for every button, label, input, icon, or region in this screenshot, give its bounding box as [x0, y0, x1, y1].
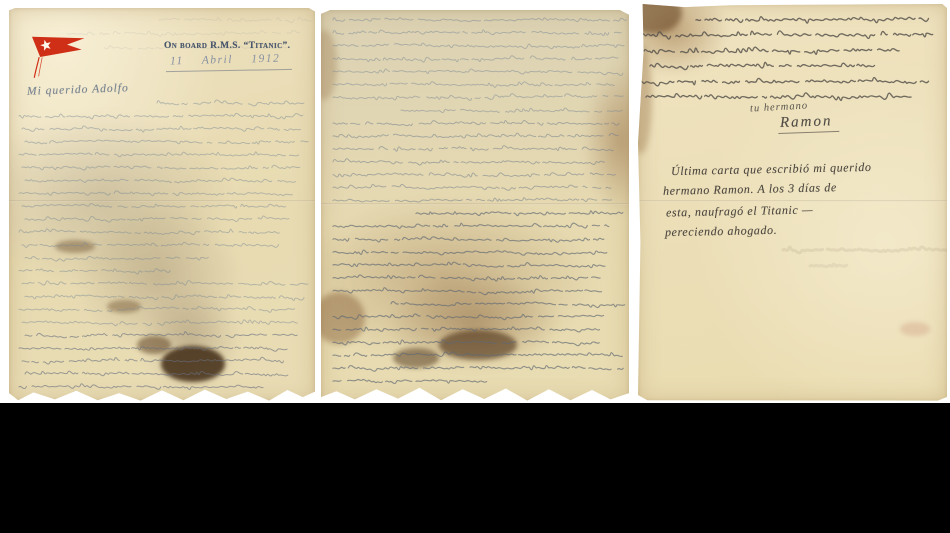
water-stain [74, 203, 244, 353]
salutation-text: Mi querido Adolfo [27, 82, 129, 98]
edge-stain [638, 44, 652, 154]
handwritten-date: 11 Abril 1912 [170, 53, 281, 68]
closing-text: tu hermano [750, 100, 809, 114]
letter-page-1: On board R.M.S. “Titanic”. 11 Abril 1912… [9, 8, 315, 401]
stain-rim [107, 300, 141, 313]
smudge [900, 322, 930, 336]
photo-frame: On board R.M.S. “Titanic”. 11 Abril 1912… [0, 0, 950, 533]
letterbox-bar [0, 403, 950, 533]
water-stain [9, 108, 234, 288]
fold-crease [9, 200, 315, 202]
water-stain [386, 272, 561, 372]
fold-crease [321, 203, 629, 205]
memorial-note-line: hermano Ramon. A los 3 días de [663, 180, 837, 199]
date-underline [166, 69, 292, 72]
letter-page-3: tu hermano Ramon Última carta que escrib… [638, 4, 947, 401]
page-1-handwriting [9, 8, 315, 401]
edge-stain [583, 65, 629, 215]
edge-stain [321, 292, 365, 344]
burn-spot [161, 346, 225, 382]
page-2-handwriting [321, 10, 629, 401]
signature-text: Ramon [778, 113, 839, 134]
memorial-note-line: Última carta que escribió mi querido [671, 160, 872, 179]
memorial-note-line: pereciendo ahogado. [665, 223, 778, 240]
burn-spot [137, 336, 171, 354]
burn-spot [439, 330, 517, 360]
water-stain [321, 195, 596, 365]
letterhead-text: On board R.M.S. “Titanic”. [164, 41, 290, 51]
letter-page-2 [321, 10, 629, 401]
burn-spot [393, 348, 439, 368]
memorial-note-line: esta, naufragó el Titanic — [666, 202, 814, 220]
fold-crease [638, 200, 947, 202]
water-stain [141, 288, 241, 393]
corner-stain [638, 4, 728, 76]
edge-stain [321, 30, 337, 100]
corner-stain [638, 4, 682, 34]
white-star-line-flag-icon [29, 30, 89, 78]
stain-rim [55, 240, 95, 253]
